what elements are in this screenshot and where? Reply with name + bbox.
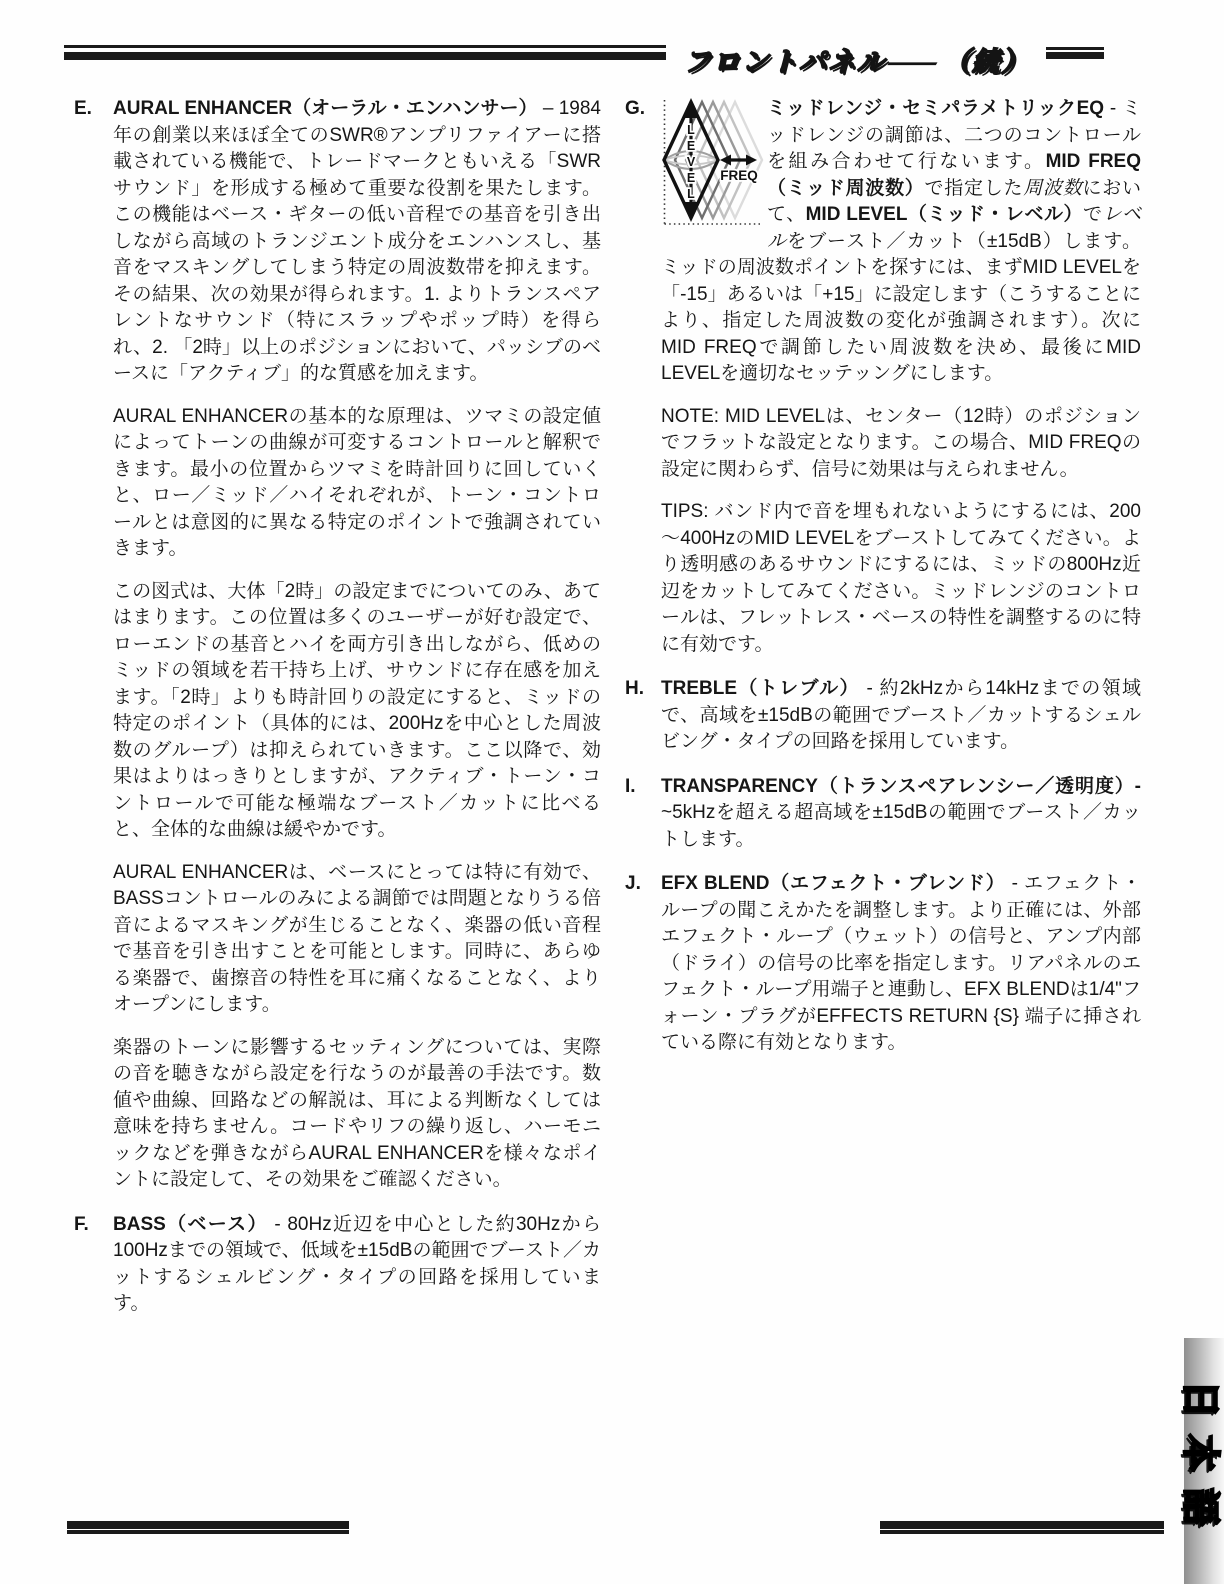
- section-bass: F. BASS（ベース） - 80Hz近辺を中心とした約30Hzから100Hzま…: [74, 1212, 601, 1318]
- page-header: フロントパネル—（続）: [64, 40, 1104, 79]
- section-letter: F.: [74, 1212, 113, 1318]
- paragraph: この図式は、大体「2時」の設定までについてのみ、あてはまります。この位置は多くの…: [113, 579, 601, 844]
- page-title-dash: —: [884, 47, 944, 78]
- paragraph: BASS（ベース） - 80Hz近辺を中心とした約30Hzから100Hzまでの領…: [113, 1212, 601, 1318]
- paragraph: AURAL ENHANCERの基本的な原理は、ツマミの設定値によってトーンの曲線…: [113, 404, 601, 563]
- freq-label: FREQ: [720, 168, 758, 183]
- level-letter: L: [687, 187, 695, 201]
- section-aural-enhancer: E. AURAL ENHANCER（オーラル・エンハンサー） – 1984年の創…: [74, 96, 601, 1194]
- section-content: EFX BLEND（エフェクト・ブレンド） - エフェクト・ループの聞こえかたを…: [661, 871, 1141, 1057]
- level-letter: E: [687, 139, 695, 153]
- manual-page: フロントパネル—（続） E. AURAL ENHANCER（オーラル・エンハンサ…: [0, 0, 1224, 1584]
- paragraph: EFX BLEND（エフェクト・ブレンド） - エフェクト・ループの聞こえかたを…: [661, 871, 1141, 1057]
- section-content: AURAL ENHANCER（オーラル・エンハンサー） – 1984年の創業以来…: [113, 96, 601, 1194]
- section-letter: G.: [625, 96, 661, 658]
- section-transparency: I. TRANSPARENCY（トランスペアレンシー／透明度）- ~5kHzを超…: [625, 774, 1141, 854]
- section-letter: H.: [625, 676, 661, 756]
- paragraph: AURAL ENHANCERは、ベースにとっては特に有効で、BASSコントロール…: [113, 860, 601, 1019]
- tips-paragraph: TIPS: バンド内で音を埋もれないようにするには、200～400HzのMID …: [661, 499, 1141, 658]
- header-rule-left: [64, 45, 666, 60]
- section-content: L E V E L FREQ: [661, 96, 1141, 658]
- header-rule-right: [1046, 47, 1104, 59]
- footer-rule-left: [67, 1521, 349, 1534]
- level-letter: V: [687, 155, 696, 169]
- level-freq-eq-icon: L E V E L FREQ: [661, 96, 767, 253]
- language-tab-label: 日本語: [1177, 1380, 1224, 1542]
- paragraph: AURAL ENHANCER（オーラル・エンハンサー） – 1984年の創業以来…: [113, 96, 601, 388]
- level-letter: L: [687, 123, 695, 137]
- page-title: フロントパネル—（続）: [684, 40, 1030, 79]
- language-tab-japanese: 日本語: [1184, 1338, 1224, 1584]
- footer-rule-right: [880, 1521, 1164, 1534]
- section-treble: H. TREBLE（トレブル） - 約2kHzから14kHzまでの領域で、高域を…: [625, 676, 1141, 756]
- section-content: TREBLE（トレブル） - 約2kHzから14kHzまでの領域で、高域を±15…: [661, 676, 1141, 756]
- section-letter: J.: [625, 871, 661, 1057]
- content-columns: E. AURAL ENHANCER（オーラル・エンハンサー） – 1984年の創…: [74, 96, 1141, 1336]
- level-freq-eq-icon-graphic: L E V E L FREQ: [661, 96, 765, 228]
- section-efx-blend: J. EFX BLEND（エフェクト・ブレンド） - エフェクト・ループの聞こえ…: [625, 871, 1141, 1057]
- paragraph: TRANSPARENCY（トランスペアレンシー／透明度）- ~5kHzを超える超…: [661, 774, 1141, 854]
- section-content: TRANSPARENCY（トランスペアレンシー／透明度）- ~5kHzを超える超…: [661, 774, 1141, 854]
- section-letter: I.: [625, 774, 661, 854]
- note-paragraph: NOTE: MID LEVELは、センター（12時）のポジションでフラットな設定…: [661, 404, 1141, 484]
- level-letter: E: [687, 171, 695, 185]
- section-content: BASS（ベース） - 80Hz近辺を中心とした約30Hzから100Hzまでの領…: [113, 1212, 601, 1318]
- right-column: G.: [625, 96, 1141, 1336]
- page-title-main: フロントパネル: [684, 47, 886, 77]
- paragraph: TREBLE（トレブル） - 約2kHzから14kHzまでの領域で、高域を±15…: [661, 676, 1141, 756]
- page-title-cont: （続）: [943, 47, 1030, 77]
- section-letter: E.: [74, 96, 113, 1194]
- left-column: E. AURAL ENHANCER（オーラル・エンハンサー） – 1984年の創…: [74, 96, 601, 1336]
- paragraph: 楽器のトーンに影響するセッティングについては、実際の音を聴きながら設定を行なうの…: [113, 1035, 601, 1194]
- section-mid-eq: G.: [625, 96, 1141, 658]
